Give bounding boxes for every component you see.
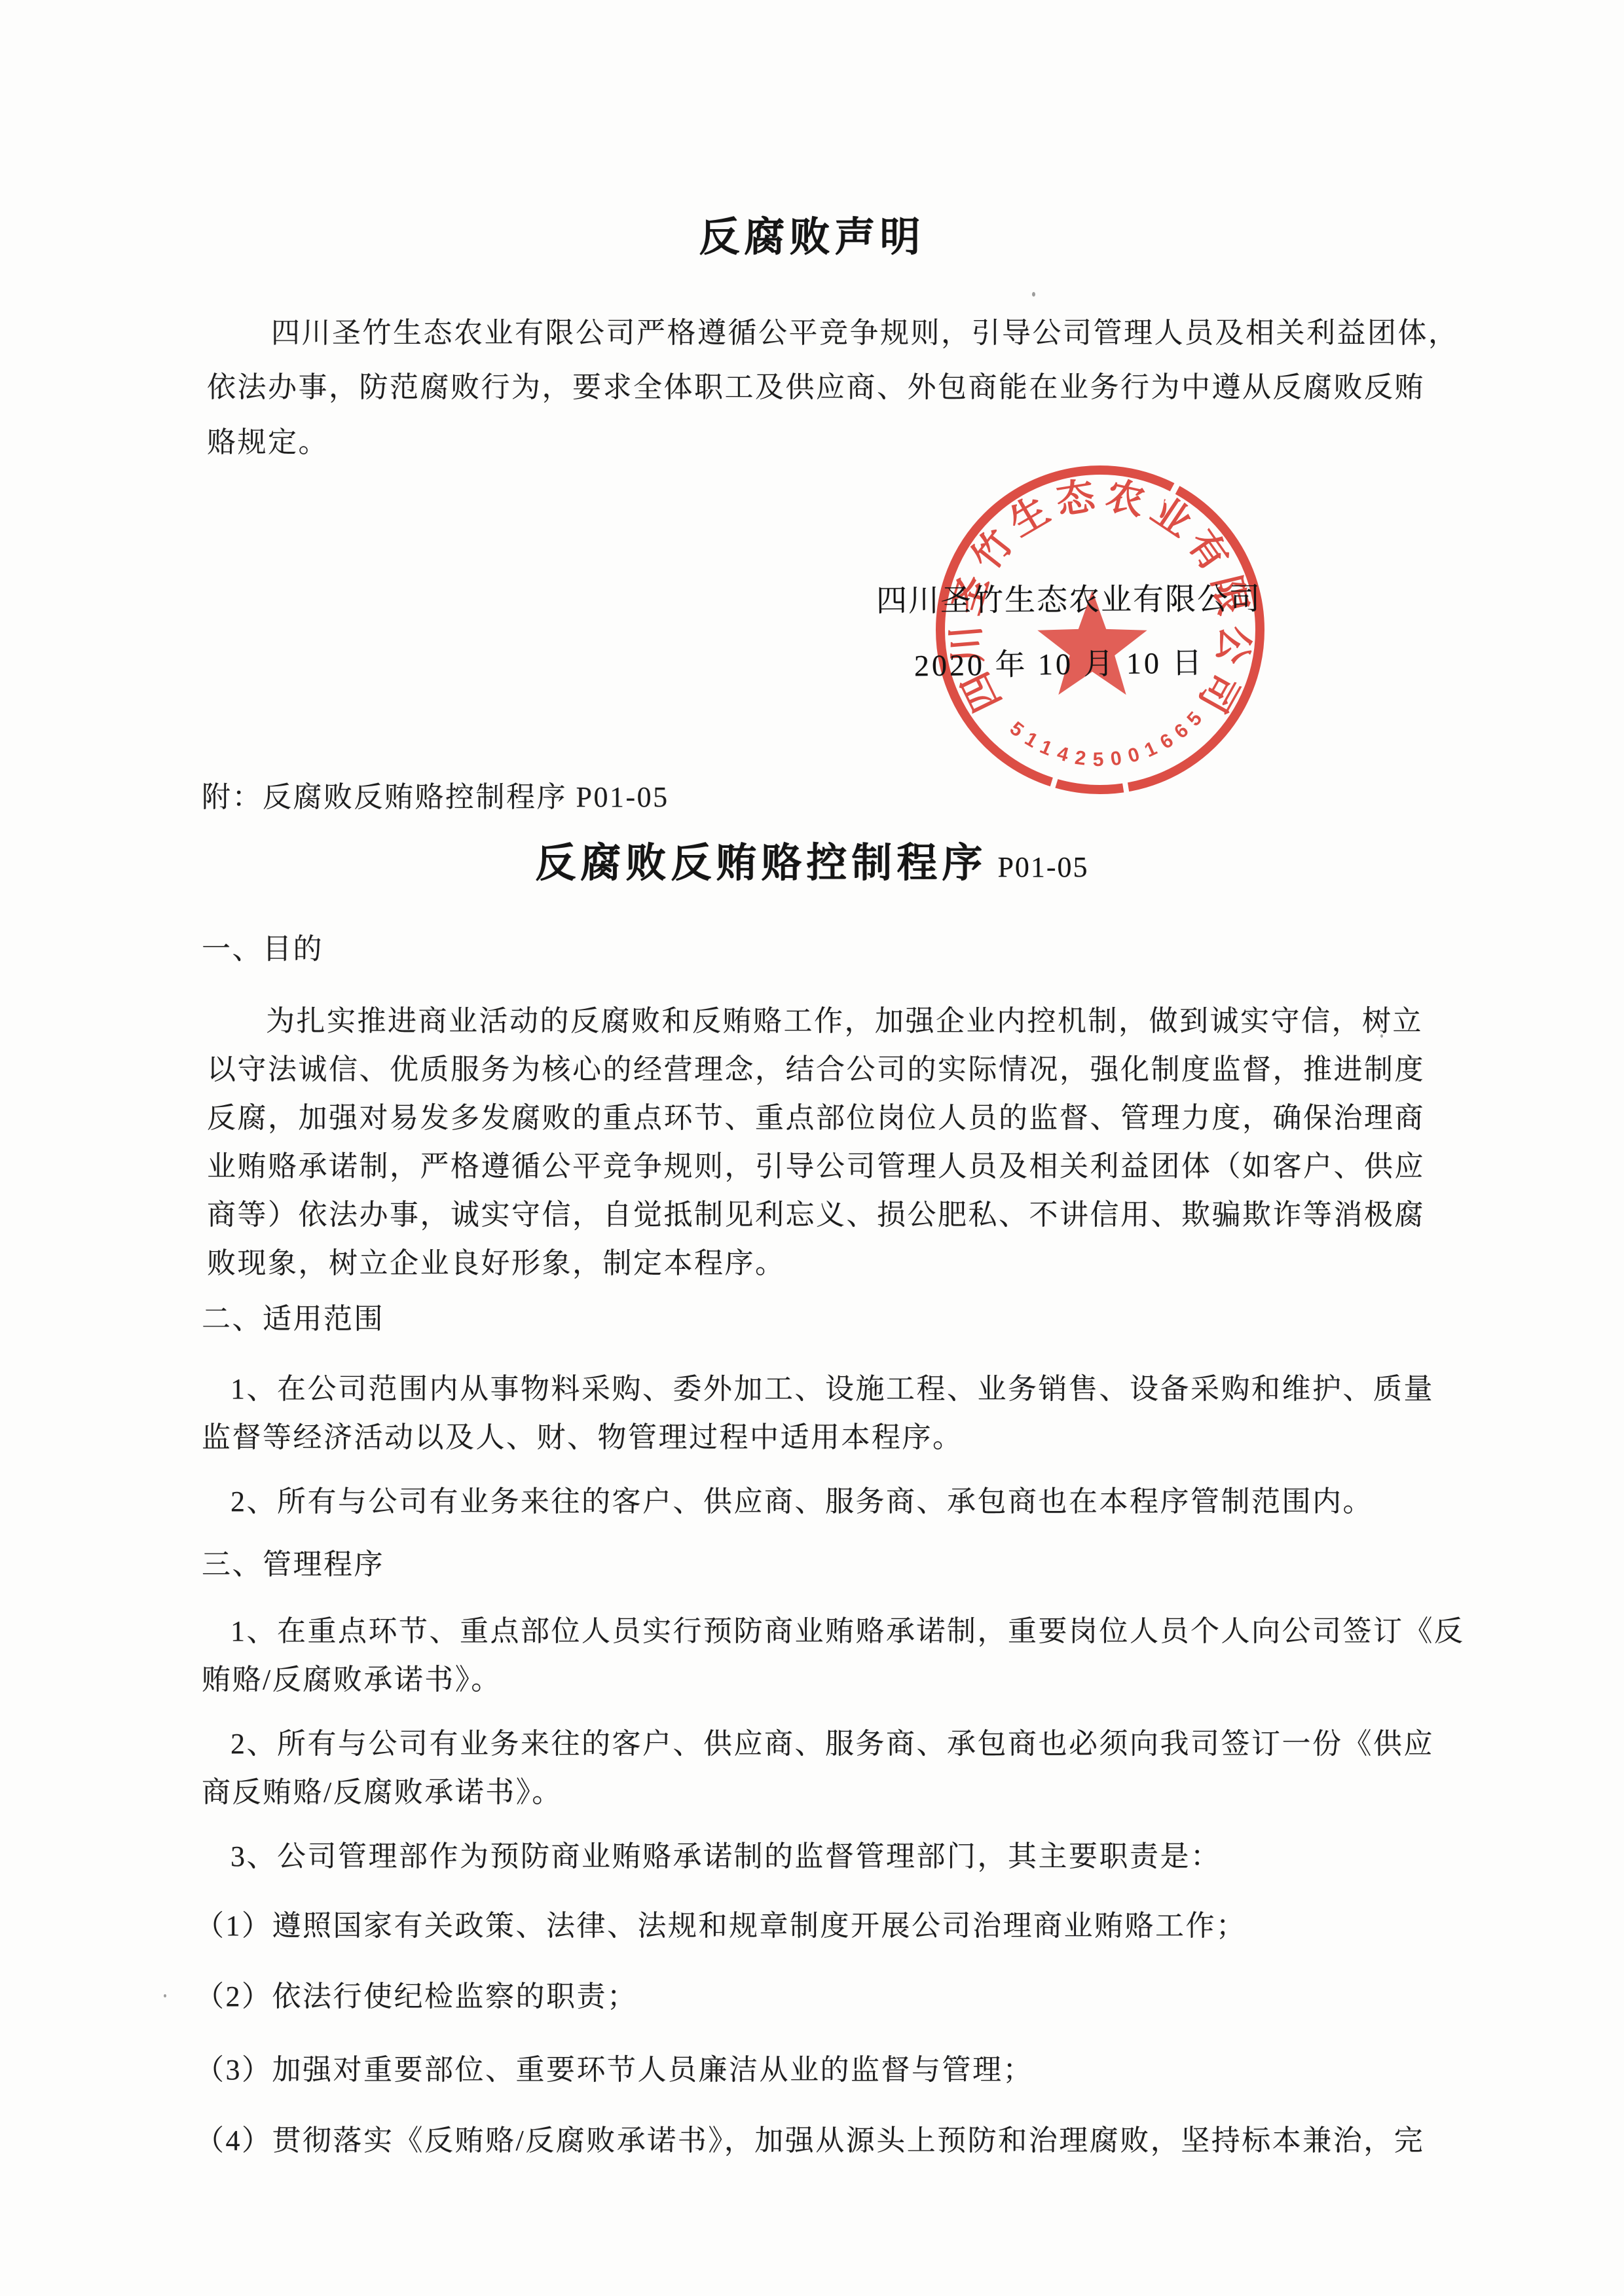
procedure-item-line: 2、所有与公司有业务来往的客户、供应商、服务商、承包商也必须向我司签订一份《供应 xyxy=(231,1730,1434,1758)
procedure-item-line: 贿赂/反腐败承诺书》。 xyxy=(202,1666,502,1694)
purpose-line: 商等）依法办事，诚实守信，自觉抵制见利忘义、损公肥私、不讲信用、欺骗欺诈等消极腐 xyxy=(207,1201,1425,1230)
scope-item-line: 监督等经济活动以及人、财、物管理过程中适用本程序。 xyxy=(202,1423,963,1452)
duty-item-line: （4）贯彻落实《反贿赂/反腐败承诺书》，加强从源头上预防和治理腐败，坚持标本兼治… xyxy=(195,2126,1424,2155)
duty-item-line: （2）依法行使纪检监察的职责； xyxy=(195,1982,638,2011)
scope-item-line: 1、在公司范围内从事物料采购、委外加工、设施工程、业务销售、设备采购和维护、质量 xyxy=(231,1375,1434,1404)
scanned-document-page: 反腐败声明 四川圣竹生态农业有限公司严格遵循公平竞争规则，引导公司管理人员及相关… xyxy=(0,0,1624,2296)
section-heading-scope: 二、适用范围 xyxy=(202,1305,384,1334)
signature-date: 2020 年 10 月 10 日 xyxy=(914,648,1205,682)
scope-item-line: 2、所有与公司有业务来往的客户、供应商、服务商、承包商也在本程序管制范围内。 xyxy=(231,1487,1373,1516)
procedure-title: 反腐败反贿赂控制程序P01-05 xyxy=(0,843,1624,884)
purpose-line: 业贿赂承诺制，严格遵循公平竞争规则，引导公司管理人员及相关利益团体（如客户、供应 xyxy=(207,1152,1425,1181)
scan-speck xyxy=(978,1916,981,1918)
scan-speck xyxy=(164,1994,166,1997)
procedure-item-line: 3、公司管理部作为预防商业贿赂承诺制的监督管理部门，其主要职责是： xyxy=(231,1842,1221,1871)
section-heading-procedures: 三、管理程序 xyxy=(202,1550,384,1579)
procedure-code: P01-05 xyxy=(997,851,1088,883)
purpose-line: 为扎实推进商业活动的反腐败和反贿赂工作，加强企业内控机制，做到诚实守信，树立 xyxy=(266,1007,1423,1036)
signature-company-name: 四川圣竹生态农业有限公司 xyxy=(876,584,1261,617)
section-heading-purpose: 一、目的 xyxy=(202,935,323,964)
purpose-line: 败现象，树立企业良好形象，制定本程序。 xyxy=(207,1249,786,1278)
scan-speck xyxy=(765,2136,768,2139)
company-seal-stamp: 四川圣竹生态农业有限公司 5114250016650 xyxy=(910,440,1290,820)
declaration-title: 反腐败声明 xyxy=(0,217,1624,258)
scan-speck xyxy=(1380,1034,1383,1038)
attachment-note: 附：反腐败反贿赂控制程序 P01-05 xyxy=(202,783,669,812)
purpose-line: 以守法诚信、优质服务为核心的经营理念，结合公司的实际情况，强化制度监督，推进制度 xyxy=(207,1055,1425,1084)
statement-line: 赂规定。 xyxy=(207,428,329,457)
purpose-line: 反腐，加强对易发多发腐败的重点环节、重点部位岗位人员的监督、管理力度，确保治理商 xyxy=(207,1104,1425,1133)
procedure-item-line: 1、在重点环节、重点部位人员实行预防商业贿赂承诺制，重要岗位人员个人向公司签订《… xyxy=(231,1617,1465,1646)
statement-line: 依法办事，防范腐败行为，要求全体职工及供应商、外包商能在业务行为中遵从反腐败反贿 xyxy=(207,373,1425,402)
duty-item-line: （1）遵照国家有关政策、法律、法规和规章制度开展公司治理商业贿赂工作； xyxy=(195,1912,1247,1941)
duty-item-line: （3）加强对重要部位、重要环节人员廉洁从业的监督与管理； xyxy=(195,2056,1033,2085)
statement-line: 四川圣竹生态农业有限公司严格遵循公平竞争规则，引导公司管理人员及相关利益团体， xyxy=(271,319,1459,348)
procedure-item-line: 商反贿赂/反腐败承诺书》。 xyxy=(202,1778,563,1807)
procedure-title-text: 反腐败反贿赂控制程序 xyxy=(535,841,987,886)
scan-speck xyxy=(1032,292,1035,297)
